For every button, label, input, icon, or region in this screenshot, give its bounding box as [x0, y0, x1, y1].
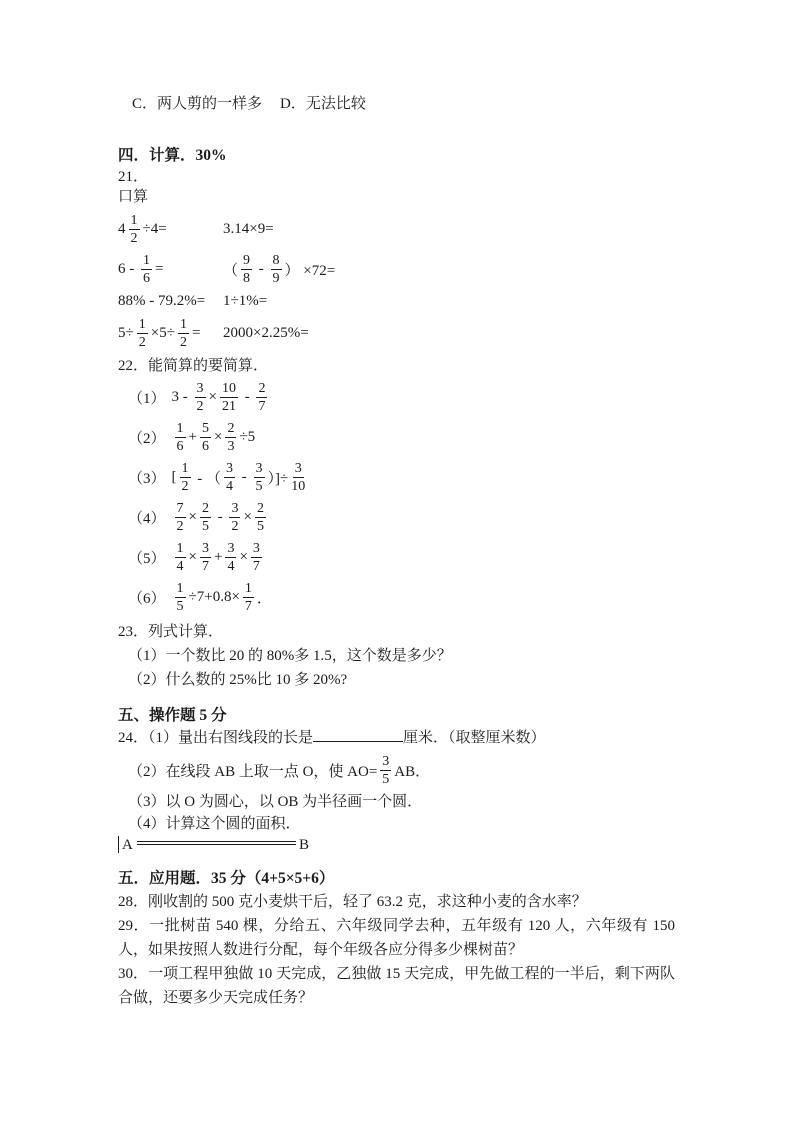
math-expression: 14×37+34×37	[172, 541, 265, 574]
fraction-numerator: 3	[225, 541, 236, 558]
math-expression: 16+56×23÷5	[172, 421, 256, 454]
option-c: C．两人剪的一样多	[132, 96, 262, 112]
fraction-numerator: 1	[175, 421, 186, 438]
section-heading-operation: 五、操作题 5 分	[118, 705, 675, 727]
fraction: 25	[200, 501, 211, 534]
fraction: 32	[195, 381, 206, 414]
oral-expression: 5÷12×5÷12=	[118, 317, 223, 350]
formula-text: -	[214, 509, 227, 526]
question-23-title: 23．列式计算．	[118, 621, 675, 644]
segment-line	[137, 841, 296, 845]
segment-label-b: B	[296, 836, 313, 854]
oral-expression: 88% - 79.2%=	[118, 293, 223, 310]
fraction-denominator: 6	[177, 438, 184, 454]
answer-options-line: C．两人剪的一样多D．无法比较	[132, 93, 675, 115]
fraction-denominator: 6	[202, 438, 209, 454]
fraction-numerator: 3	[224, 461, 235, 478]
oral-expression: 1÷1%=	[223, 293, 267, 310]
oral-calculation-grid: 412÷4= 3.14×9= 6 - 16= （98 - 89） ×72= 88…	[118, 209, 675, 353]
simplify-item-1: （1） 3 - 32×1021 - 27	[118, 377, 675, 417]
question-24-line-4: （4）计算这个圆的面积．	[118, 813, 675, 835]
math-expression: [12 - （34 - 35）]÷310	[172, 461, 309, 494]
question-21-subtitle: 口算	[118, 187, 675, 207]
exam-page: C．两人剪的一样多D．无法比较 四．计算．30% 21． 口算 412÷4= 3…	[0, 0, 793, 1122]
fraction-numerator: 2	[256, 381, 267, 398]
fraction-numerator: 3	[200, 541, 211, 558]
fraction-denominator: 4	[177, 558, 184, 574]
formula-text: [	[172, 469, 177, 486]
simplify-item-4: （4） 72×25 - 32×25	[118, 497, 675, 537]
fraction-numerator: 1	[180, 461, 191, 478]
item-label: （4）	[128, 507, 166, 528]
formula-text: =	[192, 325, 200, 342]
formula-text: ×	[189, 509, 197, 526]
line-segment-figure: A B	[118, 836, 313, 856]
fraction-denominator: 7	[245, 598, 252, 614]
fraction-numerator: 7	[175, 501, 186, 518]
simplify-item-3: （3） [12 - （34 - 35）]÷310	[118, 457, 675, 497]
formula-text: 88% - 79.2%=	[118, 293, 205, 310]
question-24-line-3: （3）以 O 为圆心，以 OB 为半径画一个圆．	[118, 791, 675, 813]
formula-text: 2000×2.25%=	[223, 325, 309, 342]
fraction: 25	[255, 501, 266, 534]
oral-expression: 6 - 16=	[118, 253, 223, 286]
fraction-denominator: 7	[202, 558, 209, 574]
fraction-numerator: 3	[254, 461, 265, 478]
oral-row: 412÷4= 3.14×9=	[118, 209, 675, 249]
fraction-numerator: 1	[129, 213, 140, 230]
question-23-item-1: （1）一个数比 20 的 80%多 1.5，这个数是多少？	[118, 644, 675, 668]
fraction-denominator: 5	[382, 771, 389, 787]
formula-text: -	[238, 469, 251, 486]
formula-text: ÷4=	[143, 221, 167, 238]
simplify-item-6: （6） 15÷7+0.8×17．	[118, 577, 675, 617]
item-label: （2）	[128, 427, 166, 448]
fraction-denominator: 2	[139, 334, 146, 350]
option-d: D．无法比较	[280, 96, 366, 112]
math-expression: 72×25 - 32×25	[172, 501, 269, 534]
formula-text: ．	[257, 587, 272, 608]
fraction: 310	[291, 461, 305, 494]
simplify-item-2: （2） 16+56×23÷5	[118, 417, 675, 457]
fraction-denominator: 5	[202, 518, 209, 534]
fraction-numerator: 10	[220, 381, 238, 398]
fraction-denominator: 9	[273, 270, 280, 286]
fraction: 12	[180, 461, 191, 494]
fraction: 12	[178, 317, 189, 350]
section-heading-application: 五．应用题．35 分（4+5×5+6）	[118, 868, 675, 890]
formula-text: ×5÷	[151, 325, 175, 342]
line-suffix: 厘米．（取整厘米数）	[403, 730, 546, 746]
item-label: （1）	[128, 387, 166, 408]
fraction: 16	[141, 253, 152, 286]
fraction: 1021	[220, 381, 238, 414]
oral-row: 6 - 16= （98 - 89） ×72=	[118, 249, 675, 289]
formula-text: 6 -	[118, 261, 138, 278]
fraction-denominator: 4	[226, 478, 233, 494]
fraction-denominator: 2	[231, 518, 238, 534]
oral-expression: （98 - 89） ×72=	[223, 253, 335, 286]
fraction: 37	[251, 541, 262, 574]
oral-expression: 412÷4=	[118, 213, 223, 246]
fraction: 72	[175, 501, 186, 534]
line-prefix: 24．（1）量出右图线段的长是	[118, 730, 313, 746]
fraction: 56	[200, 421, 211, 454]
fraction-denominator: 4	[227, 558, 234, 574]
formula-text: -	[255, 261, 268, 278]
word-problem-30: 30．一项工程甲独做 10 天完成，乙独做 15 天完成，甲先做工程的一半后，剩…	[118, 962, 675, 1010]
section-heading-calculation: 四．计算．30%	[118, 145, 675, 167]
fraction-numerator: 5	[200, 421, 211, 438]
fraction-numerator: 9	[241, 253, 252, 270]
formula-text: （2）在线段 AB 上取一点 O，使 AO=	[128, 760, 377, 781]
fraction-numerator: 1	[243, 581, 254, 598]
fraction-denominator: 3	[227, 438, 234, 454]
fraction-denominator: 5	[256, 478, 263, 494]
question-21-number: 21．	[118, 167, 675, 187]
fraction: 37	[200, 541, 211, 574]
fraction-denominator: 21	[222, 398, 236, 414]
fraction-numerator: 1	[137, 317, 148, 334]
fraction-numerator: 1	[175, 541, 186, 558]
fraction-denominator: 10	[291, 478, 305, 494]
fraction-denominator: 2	[182, 478, 189, 494]
fraction-denominator: 5	[257, 518, 264, 534]
question-22-title: 22．能简算的要简算．	[118, 355, 675, 377]
fraction: 17	[243, 581, 254, 614]
formula-text: ×	[243, 509, 251, 526]
fraction: 89	[271, 253, 282, 286]
fraction: 16	[175, 421, 186, 454]
fraction-denominator: 2	[197, 398, 204, 414]
oral-expression: 2000×2.25%=	[223, 325, 309, 342]
fraction-numerator: 2	[225, 421, 236, 438]
fraction-denominator: 7	[258, 398, 265, 414]
fraction: 27	[256, 381, 267, 414]
formula-text: =	[155, 261, 163, 278]
fraction-denominator: 7	[253, 558, 260, 574]
question-24-line-1: 24．（1）量出右图线段的长是厘米．（取整厘米数）	[118, 727, 675, 749]
formula-text: ×	[214, 429, 222, 446]
fraction-denominator: 6	[143, 270, 150, 286]
question-24-line-2: （2）在线段 AB 上取一点 O，使 AO=35AB．	[118, 749, 675, 791]
formula-text: 3 -	[172, 389, 192, 406]
formula-text: - （	[194, 467, 222, 488]
fraction-denominator: 2	[180, 334, 187, 350]
oral-row: 88% - 79.2%= 1÷1%=	[118, 289, 675, 313]
fraction-denominator: 2	[177, 518, 184, 534]
fraction-denominator: 8	[243, 270, 250, 286]
item-label: （3）	[128, 467, 166, 488]
fraction-numerator: 2	[255, 501, 266, 518]
word-problem-28: 28．刚收割的 500 克小麦烘干后，轻了 63.2 克，求这种小麦的含水率？	[118, 890, 675, 914]
formula-text: ÷7+0.8×	[189, 589, 240, 606]
fraction-numerator: 3	[293, 461, 304, 478]
fraction-numerator: 3	[229, 501, 240, 518]
formula-text: 1÷1%=	[223, 293, 267, 310]
fraction: 23	[225, 421, 236, 454]
fraction-numerator: 3	[251, 541, 262, 558]
simplify-item-5: （5） 14×37+34×37	[118, 537, 675, 577]
segment-label-a: A	[119, 836, 137, 854]
question-23-item-2: （2）什么数的 25%比 10 多 20%?	[118, 668, 675, 692]
formula-text: （	[223, 259, 238, 280]
formula-text: ×	[209, 389, 217, 406]
fraction-numerator: 3	[380, 754, 391, 771]
fraction: 34	[225, 541, 236, 574]
item-label: （5）	[128, 547, 166, 568]
fraction: 32	[229, 501, 240, 534]
fraction: 35	[254, 461, 265, 494]
fraction-numerator: 1	[175, 581, 186, 598]
fraction: 98	[241, 253, 252, 286]
fraction: 12	[137, 317, 148, 350]
formula-text: ）]÷	[268, 467, 289, 488]
fraction: 12	[129, 213, 140, 246]
oral-expression: 3.14×9=	[223, 221, 274, 238]
formula-text: ×	[189, 549, 197, 566]
formula-text: -	[241, 389, 254, 406]
fraction-denominator: 5	[177, 598, 184, 614]
fraction: 35	[380, 754, 391, 787]
fraction: 34	[224, 461, 235, 494]
formula-text: ×	[239, 549, 247, 566]
answer-blank	[313, 727, 403, 742]
fraction-denominator: 2	[131, 230, 138, 246]
formula-text: ÷5	[239, 429, 255, 446]
fraction-numerator: 1	[178, 317, 189, 334]
math-expression: 3 - 32×1021 - 27	[172, 381, 271, 414]
formula-text: 3.14×9=	[223, 221, 274, 238]
fraction-numerator: 2	[200, 501, 211, 518]
word-problem-29: 29．一批树苗 540 棵，分给五、六年级同学去种，五年级有 120 人，六年级…	[118, 914, 675, 962]
oral-row: 5÷12×5÷12= 2000×2.25%=	[118, 313, 675, 353]
fraction: 15	[175, 581, 186, 614]
item-label: （6）	[128, 587, 166, 608]
fraction-numerator: 8	[271, 253, 282, 270]
formula-text: AB．	[394, 760, 430, 781]
fraction: 14	[175, 541, 186, 574]
fraction-numerator: 3	[195, 381, 206, 398]
formula-text: +	[214, 549, 222, 566]
fraction-numerator: 1	[141, 253, 152, 270]
formula-text: +	[189, 429, 197, 446]
formula-text: 5÷	[118, 325, 134, 342]
math-expression: 15÷7+0.8×17．	[172, 581, 272, 614]
formula-text: ） ×72=	[285, 259, 336, 280]
formula-text: 4	[118, 221, 126, 238]
